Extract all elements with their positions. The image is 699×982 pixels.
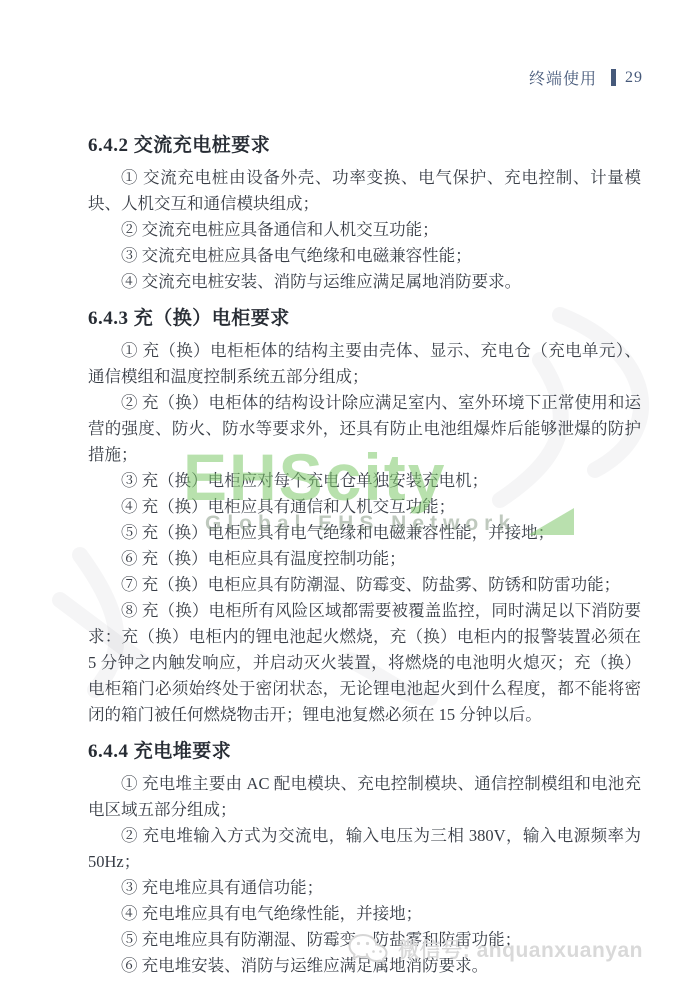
list-item: ① 充（换）电柜柜体的结构主要由壳体、显示、充电仓（充电单元）、通信模组和温度控… (88, 338, 641, 390)
list-item: ③ 交流充电桩应具备电气绝缘和电磁兼容性能； (88, 243, 641, 269)
document-page: 终端使用 29 6.4.2 交流充电桩要求 ① 交流充电桩由设备外壳、功率变换、… (0, 0, 699, 982)
wechat-id-label: 微信号: anquanxuanyan (398, 934, 643, 964)
page-number: 29 (625, 69, 643, 87)
list-item: ② 充（换）电柜体的结构设计除应满足室内、室外环境下正常使用和运营的强度、防火、… (88, 390, 641, 468)
section-heading-6-4-3: 6.4.3 充（换）电柜要求 (88, 306, 641, 332)
list-item: ⑧ 充（换）电柜所有风险区域都需要被覆盖监控，同时满足以下消防要求：充（换）电柜… (88, 598, 641, 728)
list-item: ④ 交流充电桩安装、消防与运维应满足属地消防要求。 (88, 269, 641, 295)
section-heading-6-4-2: 6.4.2 交流充电桩要求 (88, 133, 641, 159)
list-item: ③ 充电堆应具有通信功能； (88, 875, 641, 901)
wechat-icon (347, 932, 389, 966)
section-heading-6-4-4: 6.4.4 充电堆要求 (88, 739, 641, 765)
list-item: ③ 充（换）电柜应对每个充电仓单独安装充电机； (88, 468, 641, 494)
document-content: 6.4.2 交流充电桩要求 ① 交流充电桩由设备外壳、功率变换、电气保护、充电控… (88, 133, 641, 979)
list-item: ② 交流充电桩应具备通信和人机交互功能； (88, 217, 641, 243)
wechat-footer: 微信号: anquanxuanyan (347, 932, 643, 966)
list-item: ① 交流充电桩由设备外壳、功率变换、电气保护、充电控制、计量模块、人机交互和通信… (88, 165, 641, 217)
list-item: ⑤ 充（换）电柜应具有电气绝缘和电磁兼容性能，并接地； (88, 520, 641, 546)
page-header: 终端使用 29 (529, 66, 643, 89)
list-item: ④ 充电堆应具有电气绝缘性能，并接地； (88, 901, 641, 927)
list-item: ④ 充（换）电柜应具有通信和人机交互功能； (88, 494, 641, 520)
list-item: ① 充电堆主要由 AC 配电模块、充电控制模块、通信控制模组和电池充电区域五部分… (88, 771, 641, 823)
list-item: ⑦ 充（换）电柜应具有防潮湿、防霉变、防盐雾、防锈和防雷功能； (88, 572, 641, 598)
list-item: ② 充电堆输入方式为交流电，输入电压为三相 380V，输入电源频率为 50Hz； (88, 823, 641, 875)
header-section-label: 终端使用 (529, 66, 597, 89)
list-item: ⑥ 充（换）电柜应具有温度控制功能； (88, 546, 641, 572)
header-divider-bar (611, 69, 616, 86)
